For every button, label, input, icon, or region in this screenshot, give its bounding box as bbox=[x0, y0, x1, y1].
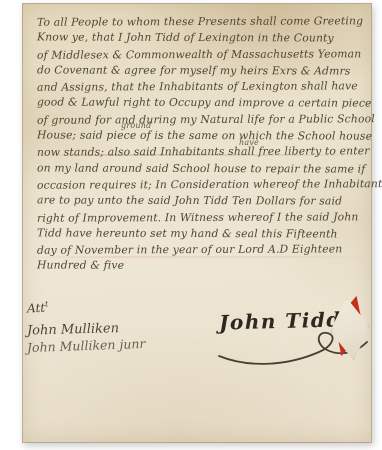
deed-line: Hundred & five bbox=[37, 258, 365, 275]
deed-line: of Middlesex & Commonwealth of Massachus… bbox=[37, 46, 365, 64]
deed-line: on my land around said School house to r… bbox=[37, 160, 365, 177]
wax-seal-paper-wafer bbox=[326, 295, 374, 363]
deed-body-text: To all People to whom these Presents sha… bbox=[37, 14, 365, 275]
deed-line: right of Improvement. In Witness whereof… bbox=[37, 209, 365, 227]
deed-line: day of November in the year of our Lord … bbox=[37, 241, 365, 259]
attestation-label-superscript: t bbox=[45, 299, 49, 308]
deed-line: Tidd have hereunto set my hand & seal th… bbox=[37, 225, 365, 242]
attestation-block: Attt John Mulliken John Mulliken junr bbox=[27, 297, 145, 354]
interline-insertion-ground: ground bbox=[121, 121, 151, 130]
witness-signature: John Mulliken junr bbox=[27, 336, 146, 356]
scanned-document-view: To all People to whom these Presents sha… bbox=[0, 0, 382, 450]
deed-line: To all People to whom these Presents sha… bbox=[37, 13, 365, 31]
deed-line: are to pay unto the said John Tidd Ten D… bbox=[37, 193, 365, 210]
interline-insertion-have: have bbox=[239, 138, 259, 147]
deed-line: of ground for and during my Natural life… bbox=[37, 111, 365, 129]
deed-line: good & Lawful right to Occupy and improv… bbox=[37, 95, 365, 112]
red-wax-wafer-seal bbox=[323, 290, 377, 368]
deed-line: occasion requires it; In Consideration w… bbox=[37, 176, 365, 194]
deed-line: and Assigns, that the Inhabitants of Lex… bbox=[37, 78, 365, 96]
deed-paper: To all People to whom these Presents sha… bbox=[22, 3, 372, 443]
attestation-label: Attt bbox=[27, 299, 49, 315]
deed-line: do Covenant & agree for myself my heirs … bbox=[37, 62, 365, 79]
deed-line: now stands; also said Inhabitants shall … bbox=[37, 144, 365, 162]
deed-line: Know ye, that I John Tidd of Lexington i… bbox=[37, 30, 365, 47]
deed-line: House; said piece of is the same on whic… bbox=[37, 128, 365, 145]
